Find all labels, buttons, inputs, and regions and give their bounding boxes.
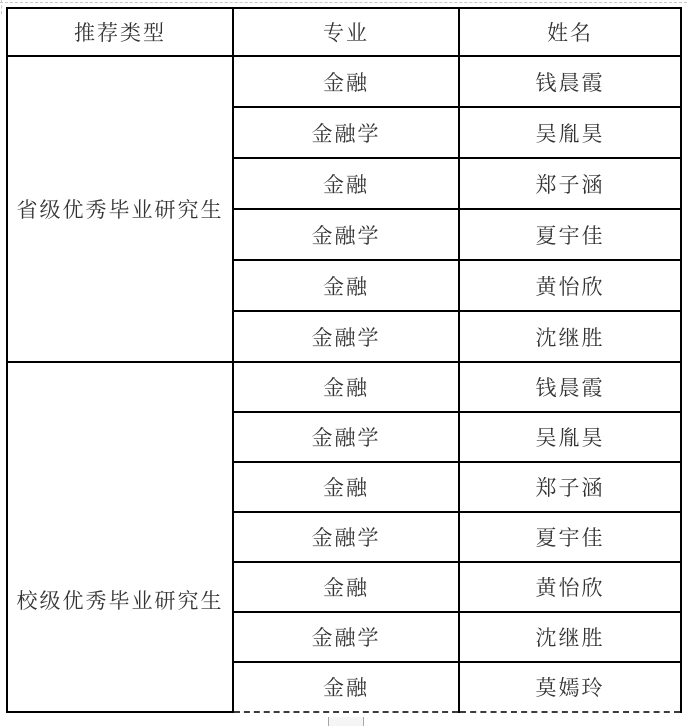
major-cell: 金融 — [233, 562, 459, 612]
section-type-cell-provincial: 省级优秀毕业研究生 — [7, 56, 233, 362]
name-cell: 黄怡欣 — [459, 562, 681, 612]
name-cell: 沈继胜 — [459, 311, 681, 362]
page-boundary-mark-top — [0, 2, 687, 3]
name-cell: 夏宇佳 — [459, 209, 681, 260]
major-cell: 金融 — [233, 362, 459, 412]
major-cell: 金融 — [233, 462, 459, 512]
column-header-major: 专业 — [233, 8, 459, 56]
name-cell: 郑子涵 — [459, 158, 681, 209]
name-cell: 钱晨霞 — [459, 362, 681, 412]
major-cell: 金融学 — [233, 209, 459, 260]
section-type-cell-school: 校级优秀毕业研究生 — [7, 362, 233, 712]
major-cell: 金融学 — [233, 512, 459, 562]
name-cell: 黄怡欣 — [459, 260, 681, 311]
major-cell: 金融 — [233, 260, 459, 311]
name-cell: 吴胤昊 — [459, 412, 681, 462]
page-boundary-mark-left — [1, 0, 2, 14]
name-cell: 沈继胜 — [459, 612, 681, 662]
major-cell: 金融 — [233, 158, 459, 209]
name-cell: 郑子涵 — [459, 462, 681, 512]
name-cell: 夏宇佳 — [459, 512, 681, 562]
major-cell: 金融学 — [233, 107, 459, 158]
next-row-fragment — [328, 717, 364, 726]
major-cell: 金融学 — [233, 612, 459, 662]
name-cell: 吴胤昊 — [459, 107, 681, 158]
table-row: 校级优秀毕业研究生 金融 钱晨霞 — [7, 362, 681, 412]
major-cell: 金融 — [233, 56, 459, 107]
header-row: 推荐类型 专业 姓名 — [7, 8, 681, 56]
major-cell: 金融学 — [233, 412, 459, 462]
name-cell: 莫嫣玲 — [459, 662, 681, 712]
column-header-name: 姓名 — [459, 8, 681, 56]
major-cell: 金融学 — [233, 311, 459, 362]
column-header-type: 推荐类型 — [7, 8, 233, 56]
recommendation-table: 推荐类型 专业 姓名 省级优秀毕业研究生 金融 钱晨霞 金融学 吴胤昊 金融 郑… — [6, 7, 682, 713]
major-cell: 金融 — [233, 662, 459, 712]
section-type-label: 校级优秀毕业研究生 — [8, 585, 232, 615]
table-row: 省级优秀毕业研究生 金融 钱晨霞 — [7, 56, 681, 107]
document-page: 推荐类型 专业 姓名 省级优秀毕业研究生 金融 钱晨霞 金融学 吴胤昊 金融 郑… — [0, 0, 687, 726]
name-cell: 钱晨霞 — [459, 56, 681, 107]
